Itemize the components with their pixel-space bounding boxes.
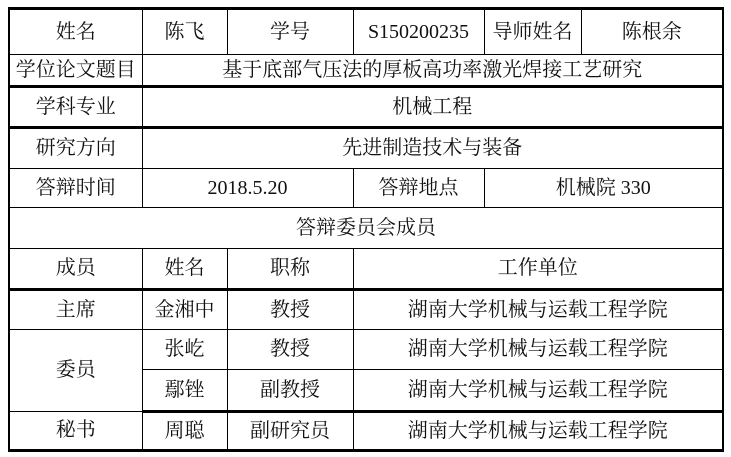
info-row-identity: 姓名 陈飞 学号 S150200235 导师姓名 陈根余 [9, 9, 723, 55]
member-title-cell: 教授 [227, 330, 353, 370]
member-role-cell: 秘书 [9, 412, 142, 451]
committee-section-title-cell: 答辩委员会成员 [9, 208, 723, 249]
committee-header-role: 成员 [9, 249, 142, 290]
name-label-cell: 姓名 [9, 9, 142, 55]
research-direction-label-cell: 研究方向 [9, 128, 142, 169]
major-label-cell: 学科专业 [9, 87, 142, 128]
member-organization-cell: 湖南大学机械与运载工程学院 [353, 330, 723, 370]
info-row-research-direction: 研究方向 先进制造技术与装备 [9, 128, 723, 169]
name-value-cell: 陈飞 [142, 9, 227, 55]
major-value-cell: 机械工程 [142, 87, 723, 128]
committee-header-title: 职称 [227, 249, 353, 290]
member-name-cell: 金湘中 [142, 290, 227, 330]
member-title-cell: 教授 [227, 290, 353, 330]
committee-header-organization: 工作单位 [353, 249, 723, 290]
member-organization-cell: 湖南大学机械与运载工程学院 [353, 412, 723, 451]
student-id-value-cell: S150200235 [353, 9, 484, 55]
thesis-title-value-cell: 基于底部气压法的厚板高功率激光焊接工艺研究 [142, 55, 723, 87]
member-role-cell: 主席 [9, 290, 142, 330]
member-name-cell: 张屹 [142, 330, 227, 370]
info-row-major: 学科专业 机械工程 [9, 87, 723, 128]
student-id-label-cell: 学号 [227, 9, 353, 55]
defense-location-value-cell: 机械院 330 [484, 169, 723, 208]
defense-time-value-cell: 2018.5.20 [142, 169, 353, 208]
member-organization-cell: 湖南大学机械与运载工程学院 [353, 370, 723, 412]
committee-section-row: 答辩委员会成员 [9, 208, 723, 249]
info-row-defense-time-location: 答辩时间 2018.5.20 答辩地点 机械院 330 [9, 169, 723, 208]
info-row-thesis-title: 学位论文题目 基于底部气压法的厚板高功率激光焊接工艺研究 [9, 55, 723, 87]
member-name-cell: 鄢锉 [142, 370, 227, 412]
committee-row-secretary: 秘书 周聪 副研究员 湖南大学机械与运载工程学院 [9, 412, 723, 451]
committee-row-member-1: 委员 张屹 教授 湖南大学机械与运载工程学院 [9, 330, 723, 370]
thesis-defense-info-table: 姓名 陈飞 学号 S150200235 导师姓名 陈根余 学位论文题目 基于底部… [8, 7, 724, 452]
member-organization-cell: 湖南大学机械与运载工程学院 [353, 290, 723, 330]
advisor-value-cell: 陈根余 [581, 9, 723, 55]
committee-header-row: 成员 姓名 职称 工作单位 [9, 249, 723, 290]
member-title-cell: 副教授 [227, 370, 353, 412]
member-name-cell: 周聪 [142, 412, 227, 451]
member-role-cell: 委员 [9, 330, 142, 412]
research-direction-value-cell: 先进制造技术与装备 [142, 128, 723, 169]
thesis-title-label-cell: 学位论文题目 [9, 55, 142, 87]
advisor-label-cell: 导师姓名 [484, 9, 581, 55]
defense-time-label-cell: 答辩时间 [9, 169, 142, 208]
committee-header-name: 姓名 [142, 249, 227, 290]
defense-location-label-cell: 答辩地点 [353, 169, 484, 208]
member-title-cell: 副研究员 [227, 412, 353, 451]
committee-row-chairman: 主席 金湘中 教授 湖南大学机械与运载工程学院 [9, 290, 723, 330]
